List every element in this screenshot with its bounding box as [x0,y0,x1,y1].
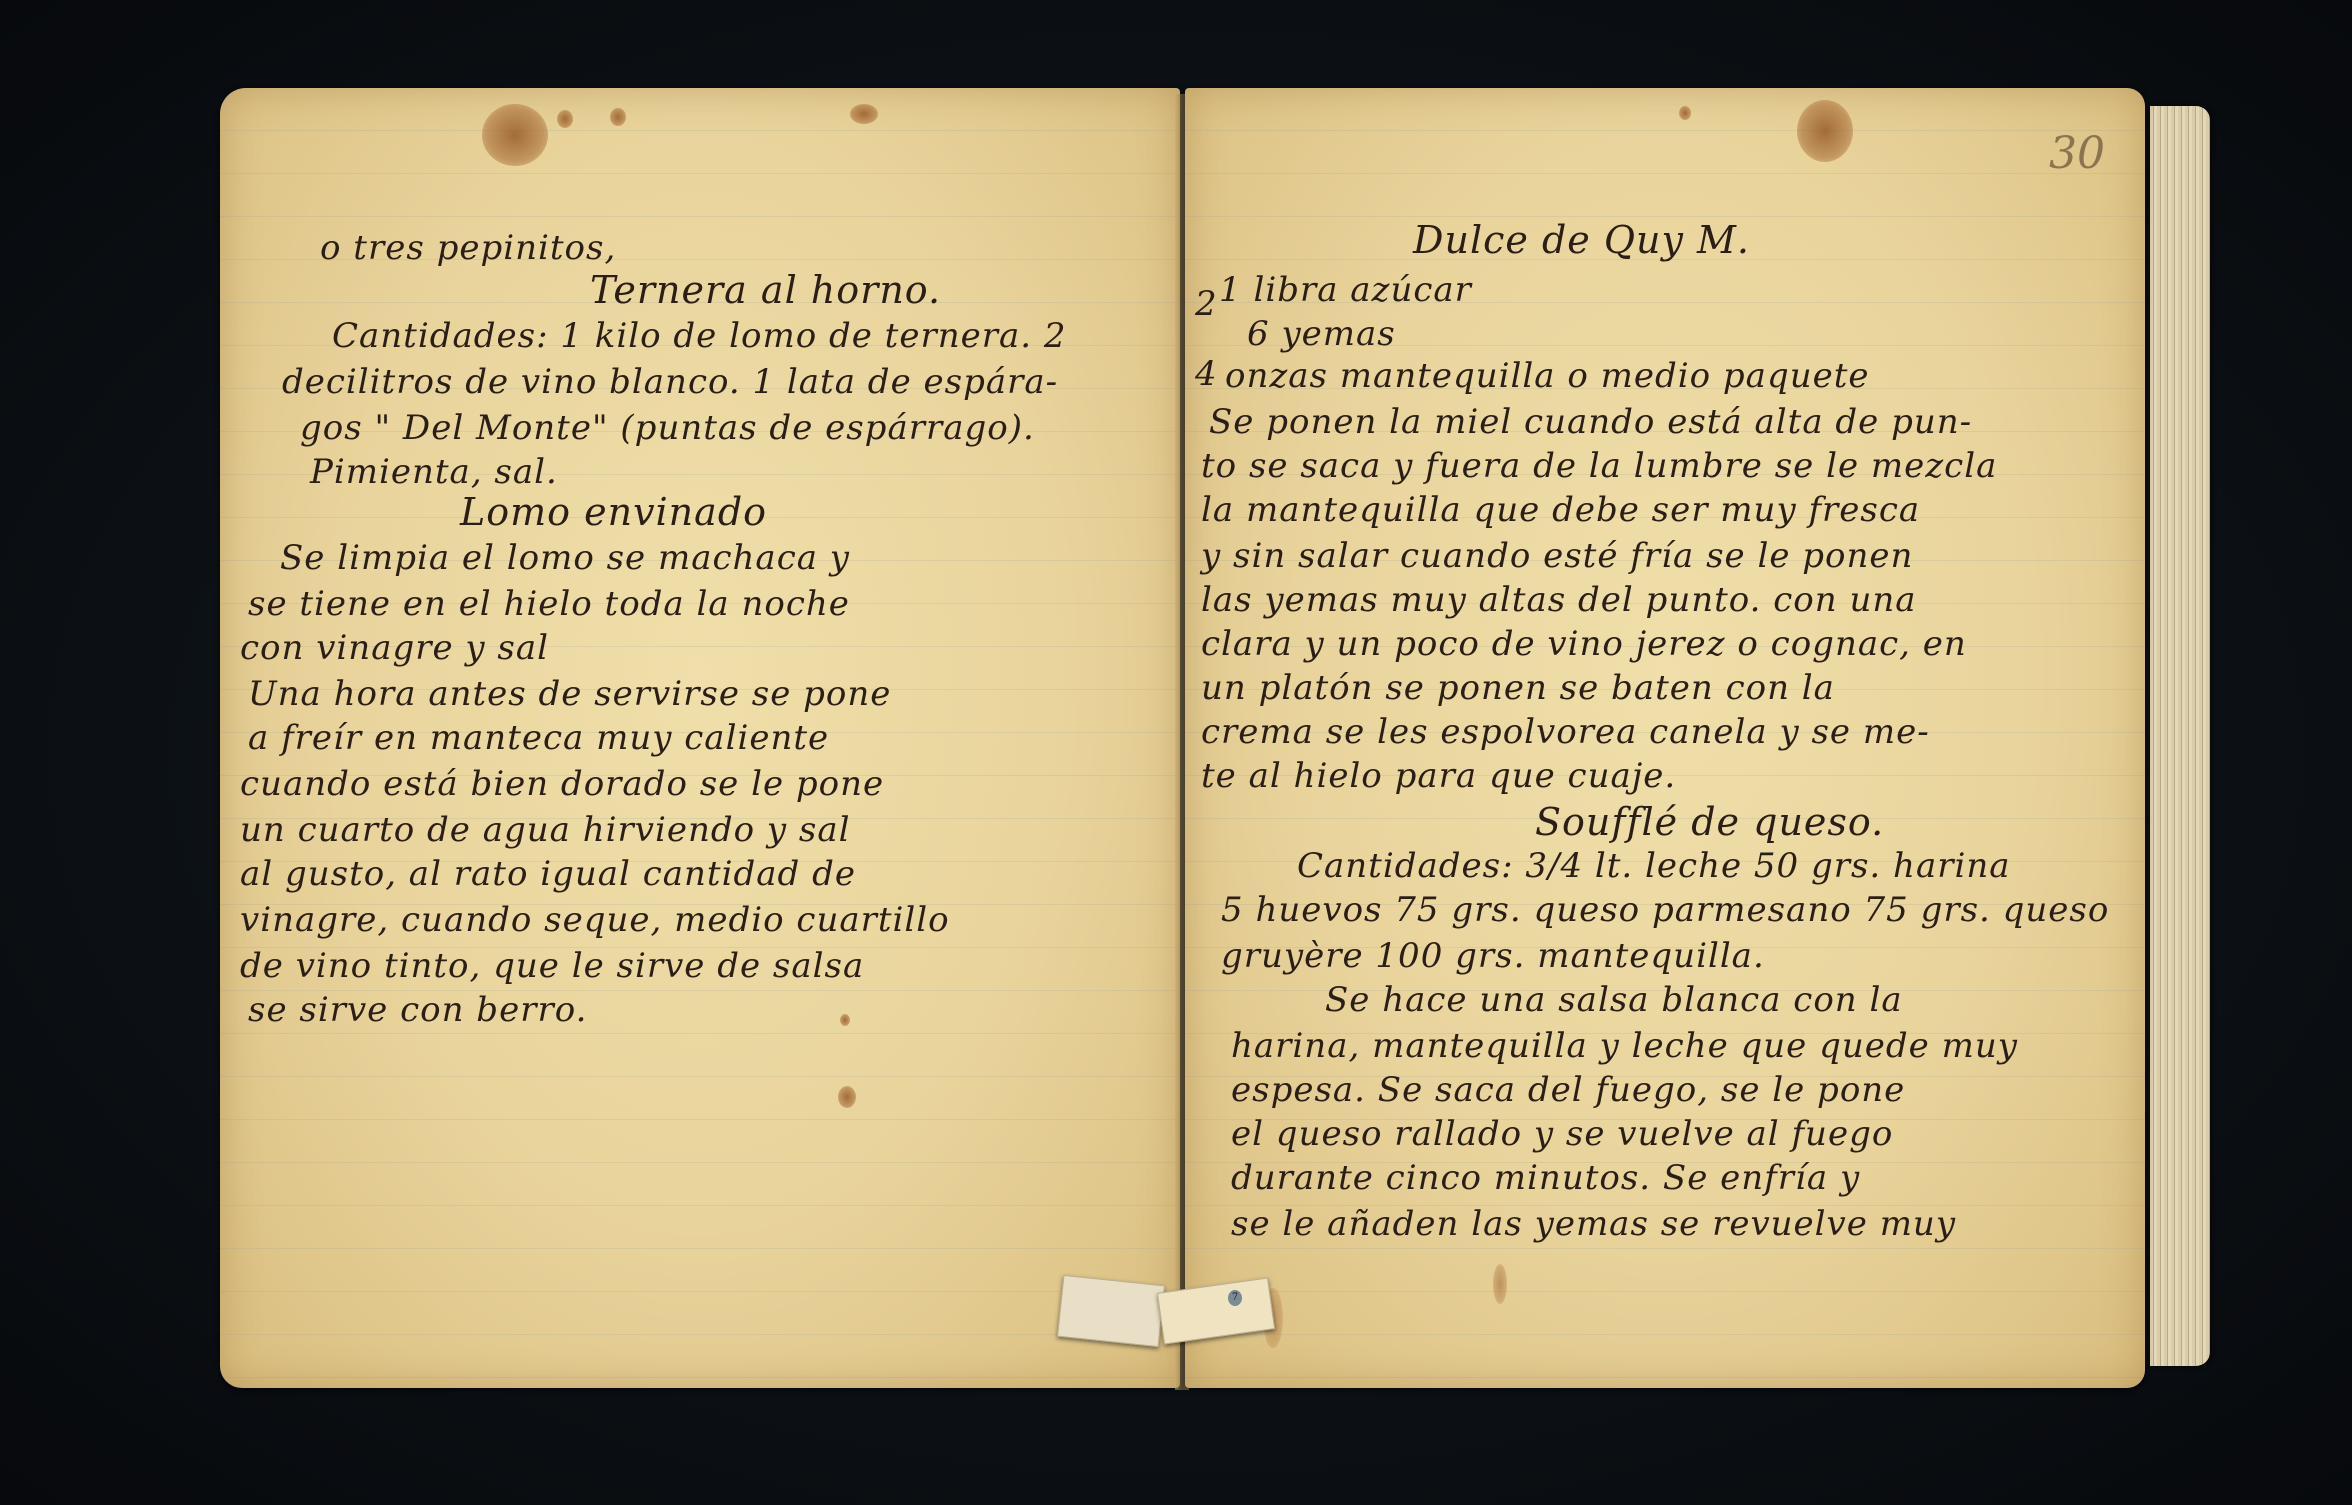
text-line: se sirve con berro. [248,988,587,1032]
text-line: de vino tinto, que le sirve de salsa [240,944,864,988]
text-line: durante cinco minutos. Se enfría y [1231,1156,1860,1200]
text-line: el queso rallado y se vuelve al fuego [1231,1112,1893,1156]
right-page: 30 Dulce de Quy M. 2 1 libra azúcar 6 ye… [1185,88,2145,1388]
text-line: 5 huevos 75 grs. queso parmesano 75 grs.… [1221,888,2109,932]
text-line: las yemas muy altas del punto. con una [1201,578,1917,622]
text-line: un cuarto de agua hirviendo y sal [240,808,851,852]
text-line: Se limpia el lomo se machaca y [280,536,850,580]
recipe-title: Ternera al horno. [590,268,941,312]
text-line: gos " Del Monte" (puntas de espárrago). [300,406,1035,450]
text-line: un platón se ponen se baten con la [1201,666,1835,710]
margin-number: 4 [1195,354,1217,394]
page-edge-stack [2150,106,2210,1366]
open-notebook: o tres pepinitos, Ternera al horno. Cant… [220,88,2210,1398]
stain [1797,100,1853,162]
text-line: cuando está bien dorado se le pone [240,762,884,806]
text-line: al gusto, al rato igual cantidad de [240,852,856,896]
stain [838,1086,856,1108]
stain [482,104,548,166]
recipe-title: Soufflé de queso. [1535,800,1884,844]
loose-paper [1057,1275,1165,1347]
text-line: Se ponen la miel cuando está alta de pun… [1209,400,1972,444]
page-number: 30 [2049,128,2105,179]
text-line: clara y un poco de vino jerez o cognac, … [1201,622,1967,666]
text-line: a freír en manteca muy caliente [248,716,829,760]
text-line: decilitros de vino blanco. 1 lata de esp… [282,360,1058,404]
text-line: se le añaden las yemas se revuelve muy [1231,1202,1956,1246]
text-line: gruyère 100 grs. mantequilla. [1221,934,1765,978]
text-line: o tres pepinitos, [320,226,616,270]
text-line: vinagre, cuando seque, medio cuartillo [240,898,950,942]
left-page: o tres pepinitos, Ternera al horno. Cant… [220,88,1180,1388]
text-line: la mantequilla que debe ser muy fresca [1201,488,1920,532]
text-line: Cantidades: 3/4 lt. leche 50 grs. harina [1297,844,2011,888]
text-line: Cantidades: 1 kilo de lomo de ternera. 2 [332,314,1067,358]
margin-number: 2 [1195,284,1217,324]
text-line: se tiene en el hielo toda la noche [248,582,850,626]
text-line: espesa. Se saca del fuego, se le pone [1231,1068,1905,1112]
text-line: crema se les espolvorea canela y se me- [1201,710,1930,754]
stain [850,104,878,124]
text-line: onzas mantequilla o medio paquete [1225,354,1870,398]
text-line: to se saca y fuera de la lumbre se le me… [1201,444,1997,488]
stain [840,1014,850,1026]
recipe-title: Lomo envinado [460,490,767,534]
stain [610,108,626,126]
recipe-title: Dulce de Quy M. [1413,218,1750,262]
loose-paper-mark: 7 [1228,1290,1242,1306]
text-line: Una hora antes de servirse se pone [248,672,891,716]
text-line: harina, mantequilla y leche que quede mu… [1231,1024,2018,1068]
stain [1493,1264,1507,1304]
stain [1679,106,1691,120]
text-line: te al hielo para que cuaje. [1201,754,1676,798]
text-line: 6 yemas [1247,312,1396,356]
text-line: 1 libra azúcar [1219,268,1472,312]
text-line: con vinagre y sal [240,626,549,670]
stain [557,110,573,128]
text-line: Se hace una salsa blanca con la [1325,978,1903,1022]
text-line: Pimienta, sal. [310,450,558,494]
text-line: y sin salar cuando esté fría se le ponen [1201,534,1913,578]
